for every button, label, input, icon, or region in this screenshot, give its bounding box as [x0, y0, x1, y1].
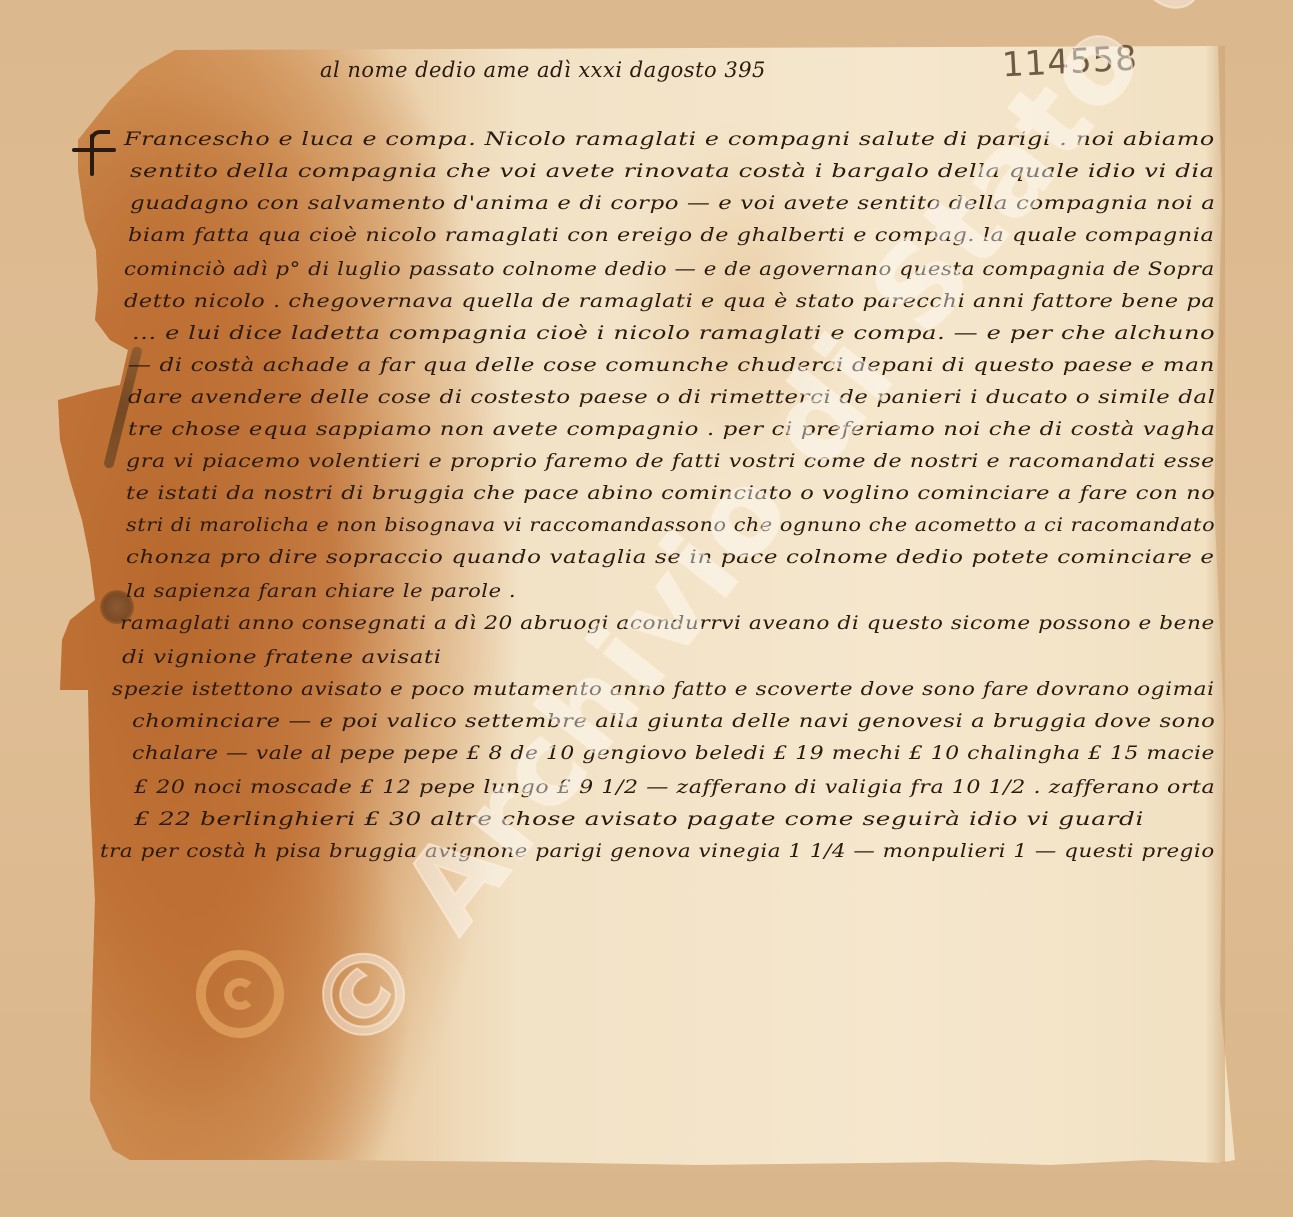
letter-line: chalare — vale al pepe pepe £ 8 de 10 ge… — [132, 742, 1215, 764]
letter-line: di vignione fratene avisati — [122, 646, 442, 668]
letter-line: £ 20 noci moscade £ 12 pepe lungo £ 9 1/… — [134, 776, 1215, 798]
letter-line: cominciò adì p° di luglio passato colnom… — [124, 258, 1215, 280]
letter-line: detto nicolo . chegovernava quella de ra… — [124, 290, 1215, 312]
letter-line: guadagno con salvamento d'anima e di cor… — [130, 192, 1216, 214]
letter-line: Francescho e luca e compa. Nicolo ramagl… — [124, 128, 1215, 150]
letter-line: dare avendere delle cose di costesto pae… — [128, 386, 1215, 408]
letter-line: — di costà achade a far qua delle cose c… — [128, 354, 1215, 376]
letter-line: te istati da nostri di bruggia che pace … — [126, 482, 1215, 504]
letter-line: spezie istettono avisato e poco mutament… — [112, 678, 1215, 700]
manuscript-scan: 114558 al nome dedio ame adì xxxi dagost… — [0, 0, 1293, 1217]
letter-line: chonza pro dire sopraccio quando vatagli… — [126, 546, 1215, 568]
letter-line: £ 22 berlinghieri £ 30 altre chose avisa… — [134, 808, 1144, 830]
letter-line: sentito della compagnia che voi avete ri… — [130, 160, 1215, 182]
letter-line: ramaglati anno consegnati a dì 20 abruog… — [120, 612, 1215, 634]
letter-line: ... e lui dice ladetta compagnia cioè i … — [132, 322, 1215, 344]
letter-line: chominciare — e poi valico settembre all… — [132, 710, 1215, 732]
letter-line: tre chose equa sappiamo non avete compag… — [128, 418, 1215, 440]
letter-line: tra per costà h pisa bruggia avignone pa… — [100, 840, 1215, 862]
letter-heading: al nome dedio ame adì xxxi dagosto 395 — [320, 58, 766, 82]
letter-line: biam fatta qua cioè nicolo ramaglati con… — [128, 224, 1214, 246]
parchment-sheet — [0, 0, 1293, 1217]
letter-line: la sapienza faran chiare le parole . — [126, 580, 516, 602]
letter-line: gra vi piacemo volentieri e proprio fare… — [126, 450, 1215, 472]
archival-number: 114558 — [1001, 38, 1139, 85]
letter-line: stri di marolicha e non bisognava vi rac… — [126, 514, 1215, 536]
initial-cross-mark-icon — [72, 130, 120, 180]
